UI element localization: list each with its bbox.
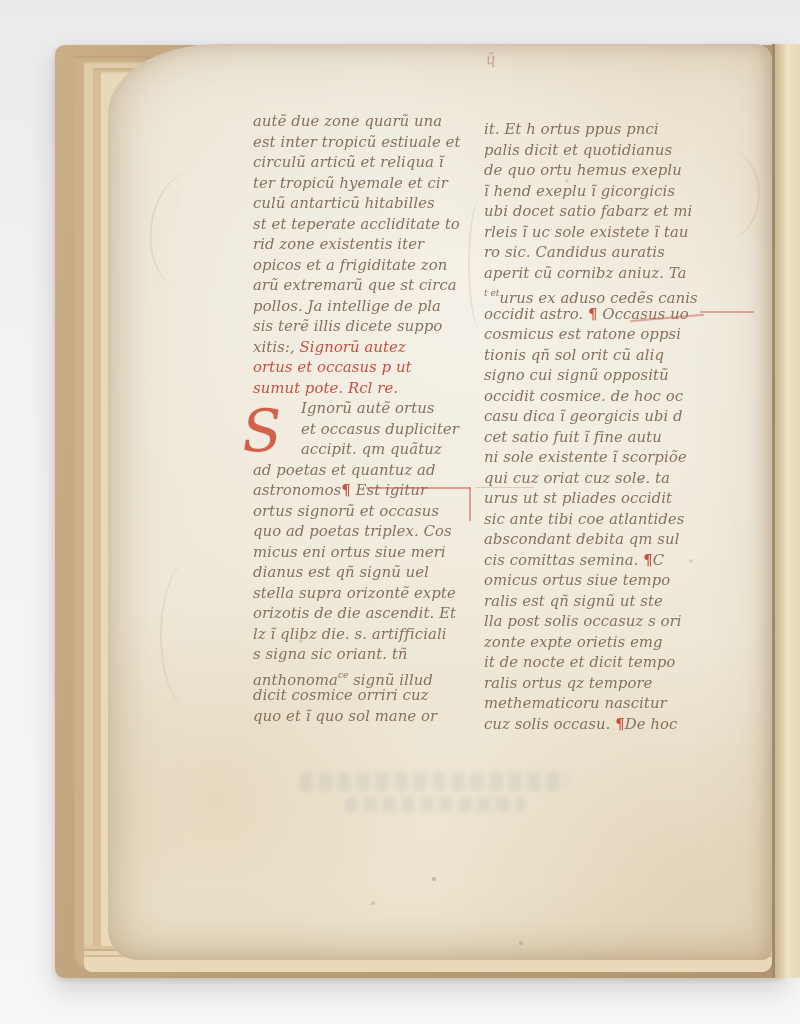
text-segment: occidit cosmice. de hoc oc: [484, 388, 683, 405]
text-segment: casu dica ĩ georgicis ubi d: [484, 408, 683, 425]
text-segment: qui cuz oriat cuz sole. ta: [484, 470, 670, 487]
text-segment: ro sic. Candidus auratis: [484, 244, 665, 261]
manuscript-line: ter tropicũ hyemale et cir: [253, 174, 481, 195]
manuscript-line: dianus est qñ signũ uel: [253, 563, 481, 584]
red-tie-line: [469, 487, 471, 521]
manuscript-line: micus eni ortus siue meri: [253, 543, 481, 564]
manuscript-line: accipit. qm quãtuz: [253, 440, 481, 461]
manuscript-line: sis terẽ illis dicete suppo: [253, 317, 481, 338]
red-tie-line: [476, 487, 534, 488]
manuscript-line: lla post solis occasuz s ori: [484, 612, 756, 633]
manuscript-line: quo ad poetas triplex. Cos: [253, 522, 481, 543]
manuscript-line: opicos et a frigiditate zon: [253, 256, 481, 277]
text-segment: ortus signorũ et occasus: [253, 503, 439, 520]
manuscript-line: cuz solis occasu. ¶De hoc: [484, 715, 756, 736]
text-segment: ĩ hend exeplu ĩ gicorgicis: [484, 183, 675, 200]
text-segment: circulũ articũ et reliqua ĩ: [253, 154, 444, 171]
text-segment: culũ antarticũ hitabilles: [253, 195, 435, 212]
manuscript-line: est inter tropicũ estiuale et: [253, 133, 481, 154]
manuscript-line: quo et ĩ quo sol mane or: [253, 707, 481, 728]
folio-mark: ɥ̃: [485, 50, 497, 69]
text-segment: orizotis de die ascendit. Et: [253, 605, 456, 622]
text-segment: arũ extremarũ que st circa: [253, 277, 457, 294]
manuscript-line: s signa sic oriant. tñ: [253, 645, 481, 666]
manuscript-line: ralis ortus qz tempore: [484, 674, 756, 695]
paraph-mark: ¶: [341, 482, 351, 499]
manuscript-line: stella supra orizontẽ expte: [253, 584, 481, 605]
manuscript-line: rid zone existentis iter: [253, 235, 481, 256]
text-segment: methematicoru nascitur: [484, 695, 667, 712]
manuscript-line: omicus ortus siue tempo: [484, 571, 756, 592]
manuscript-line: xitis:, Signorũ autez: [253, 338, 481, 359]
text-column-right: it. Et h ortus ppus pncipalis dicit et q…: [484, 120, 756, 735]
text-segment: C: [653, 552, 664, 569]
text-segment: sumut pote. Rcl re.: [253, 380, 398, 397]
manuscript-line: pollos. Ja intellige de pla: [253, 297, 481, 318]
text-segment: cet satio fuit ĩ fine autu: [484, 429, 662, 446]
text-segment: dicit cosmice orriri cuz: [253, 687, 428, 704]
manuscript-line: orizotis de die ascendit. Et: [253, 604, 481, 625]
manuscript-line: rleis ĩ uc sole existete ĩ tau: [484, 223, 756, 244]
text-segment: rleis ĩ uc sole existete ĩ tau: [484, 224, 689, 241]
text-segment: astronomos: [253, 482, 341, 499]
text-segment: lla post solis occasuz s ori: [484, 613, 682, 630]
text-segment: ad poetas et quantuz ad: [253, 462, 436, 479]
manuscript-line: casu dica ĩ georgicis ubi d: [484, 407, 756, 428]
manuscript-line: et occasus dupliciter: [253, 420, 481, 441]
manuscript-line: circulũ articũ et reliqua ĩ: [253, 153, 481, 174]
text-column-left: autẽ due zone quarũ unaest inter tropicũ…: [253, 112, 481, 727]
manuscript-line: culũ antarticũ hitabilles: [253, 194, 481, 215]
text-segment: palis dicit et quotidianus: [484, 142, 672, 159]
text-segment: ubi docet satio fabarz et mi: [484, 203, 692, 220]
manuscript-line: methematicoru nascitur: [484, 694, 756, 715]
manuscript-line: palis dicit et quotidianus: [484, 141, 756, 162]
text-segment: quo et ĩ quo sol mane or: [253, 708, 437, 725]
text-segment: tionis qñ sol orit cũ aliq: [484, 347, 664, 364]
text-segment: occidit astro.: [484, 306, 588, 323]
manuscript-line: ralis est qñ signũ ut ste: [484, 592, 756, 613]
manuscript-line: anthonomace signũ illud: [253, 666, 481, 687]
manuscript-line: sic ante tibi coe atlantides: [484, 510, 756, 531]
text-segment: sis terẽ illis dicete suppo: [253, 318, 442, 335]
text-segment: zonte expte orietis emg: [484, 634, 663, 651]
manuscript-line: aperit cũ cornibz aniuz. Ta: [484, 264, 756, 285]
manuscript-line: ĩ hend exeplu ĩ gicorgicis: [484, 182, 756, 203]
manuscript-line: abscondant debita qm sul: [484, 530, 756, 551]
text-segment: Ignorũ autẽ ortus: [301, 400, 435, 417]
text-segment: cis comittas semina.: [484, 552, 643, 569]
manuscript-line: it de nocte et dicit tempo: [484, 653, 756, 674]
manuscript-line: cis comittas semina. ¶C: [484, 551, 756, 572]
manuscript-line: cosmicus est ratone oppsi: [484, 325, 756, 346]
foxing-dots: [0, 0, 2, 2]
manuscript-line: ortus signorũ et occasus: [253, 502, 481, 523]
text-segment: ter tropicũ hyemale et cir: [253, 175, 448, 192]
text-segment: signo cui signũ oppositũ: [484, 367, 669, 384]
text-segment: Est igitur: [351, 482, 427, 499]
text-segment: micus eni ortus siue meri: [253, 544, 446, 561]
text-segment: de quo ortu hemus exeplu: [484, 162, 682, 179]
text-segment: pollos. Ja intellige de pla: [253, 298, 441, 315]
paraph-mark: ¶: [615, 716, 625, 733]
manuscript-line: Ignorũ autẽ ortus: [253, 399, 481, 420]
text-segment: it de nocte et dicit tempo: [484, 654, 675, 671]
red-underline: [700, 311, 754, 313]
text-segment: est inter tropicũ estiuale et: [253, 134, 461, 151]
text-segment: accipit. qm quãtuz: [301, 441, 442, 458]
manuscript-line: ortus et occasus p ut: [253, 358, 481, 379]
text-segment: t et: [484, 289, 499, 299]
manuscript-line: sumut pote. Rcl re.: [253, 379, 481, 400]
manuscript-line: cet satio fuit ĩ fine autu: [484, 428, 756, 449]
text-segment: ralis est qñ signũ ut ste: [484, 593, 663, 610]
manuscript-photo: { "colors":{ "background":"#f0f1f3", "co…: [0, 0, 800, 1024]
text-segment: autẽ due zone quarũ una: [253, 113, 442, 130]
manuscript-line: ni sole existente ĩ scorpiõe: [484, 448, 756, 469]
text-segment: ni sole existente ĩ scorpiõe: [484, 449, 687, 466]
text-segment: cuz solis occasu.: [484, 716, 615, 733]
manuscript-line: zonte expte orietis emg: [484, 633, 756, 654]
manuscript-line: t eturus ex aduso cedẽs canis: [484, 284, 756, 305]
manuscript-line: lz ĩ qlibz die. s. artifficiali: [253, 625, 481, 646]
manuscript-line: autẽ due zone quarũ una: [253, 112, 481, 133]
text-segment: lz ĩ qlibz die. s. artifficiali: [253, 626, 447, 643]
text-segment: urus ut st pliades occidit: [484, 490, 672, 507]
show-through-stamp: [345, 797, 525, 812]
text-segment: aperit cũ cornibz aniuz. Ta: [484, 265, 687, 282]
text-segment: ralis ortus qz tempore: [484, 675, 653, 692]
manuscript-line: occidit astro. ¶ Occasus uo: [484, 305, 756, 326]
manuscript-line: it. Et h ortus ppus pnci: [484, 120, 756, 141]
text-segment: Signorũ autez: [300, 339, 406, 356]
paraph-mark: ¶: [588, 306, 598, 323]
manuscript-line: signo cui signũ oppositũ: [484, 366, 756, 387]
text-segment: xitis:,: [253, 339, 300, 356]
text-segment: rid zone existentis iter: [253, 236, 424, 253]
text-segment: it. Et h ortus ppus pnci: [484, 121, 659, 138]
manuscript-line: de quo ortu hemus exeplu: [484, 161, 756, 182]
text-segment: s signa sic oriant. tñ: [253, 646, 408, 663]
text-segment: dianus est qñ signũ uel: [253, 564, 429, 581]
manuscript-line: tionis qñ sol orit cũ aliq: [484, 346, 756, 367]
manuscript-line: st et teperate accliditate to: [253, 215, 481, 236]
manuscript-line: urus ut st pliades occidit: [484, 489, 756, 510]
manuscript-line: occidit cosmice. de hoc oc: [484, 387, 756, 408]
text-segment: omicus ortus siue tempo: [484, 572, 670, 589]
text-segment: opicos et a frigiditate zon: [253, 257, 447, 274]
vellum-vein-mark: [160, 560, 222, 710]
text-segment: st et teperate accliditate to: [253, 216, 460, 233]
text-segment: quo ad poetas triplex. Cos: [253, 523, 452, 540]
text-segment: et occasus dupliciter: [301, 421, 459, 438]
manuscript-line: ubi docet satio fabarz et mi: [484, 202, 756, 223]
show-through-stamp: [300, 772, 568, 791]
manuscript-line: ad poetas et quantuz ad: [253, 461, 481, 482]
facing-page-edge: [772, 44, 800, 978]
manuscript-line: dicit cosmice orriri cuz: [253, 686, 481, 707]
text-segment: ortus et occasus p ut: [253, 359, 412, 376]
text-segment: stella supra orizontẽ expte: [253, 585, 456, 602]
text-segment: sic ante tibi coe atlantides: [484, 511, 684, 528]
red-tie-line: [366, 487, 470, 489]
manuscript-line: astronomos¶ Est igitur: [253, 481, 481, 502]
manuscript-line: qui cuz oriat cuz sole. ta: [484, 469, 756, 490]
paraph-mark: ¶: [643, 552, 653, 569]
text-segment: abscondant debita qm sul: [484, 531, 679, 548]
text-segment: De hoc: [625, 716, 678, 733]
text-segment: cosmicus est ratone oppsi: [484, 326, 681, 343]
text-segment: ce: [338, 671, 348, 681]
manuscript-line: ro sic. Candidus auratis: [484, 243, 756, 264]
manuscript-line: arũ extremarũ que st circa: [253, 276, 481, 297]
